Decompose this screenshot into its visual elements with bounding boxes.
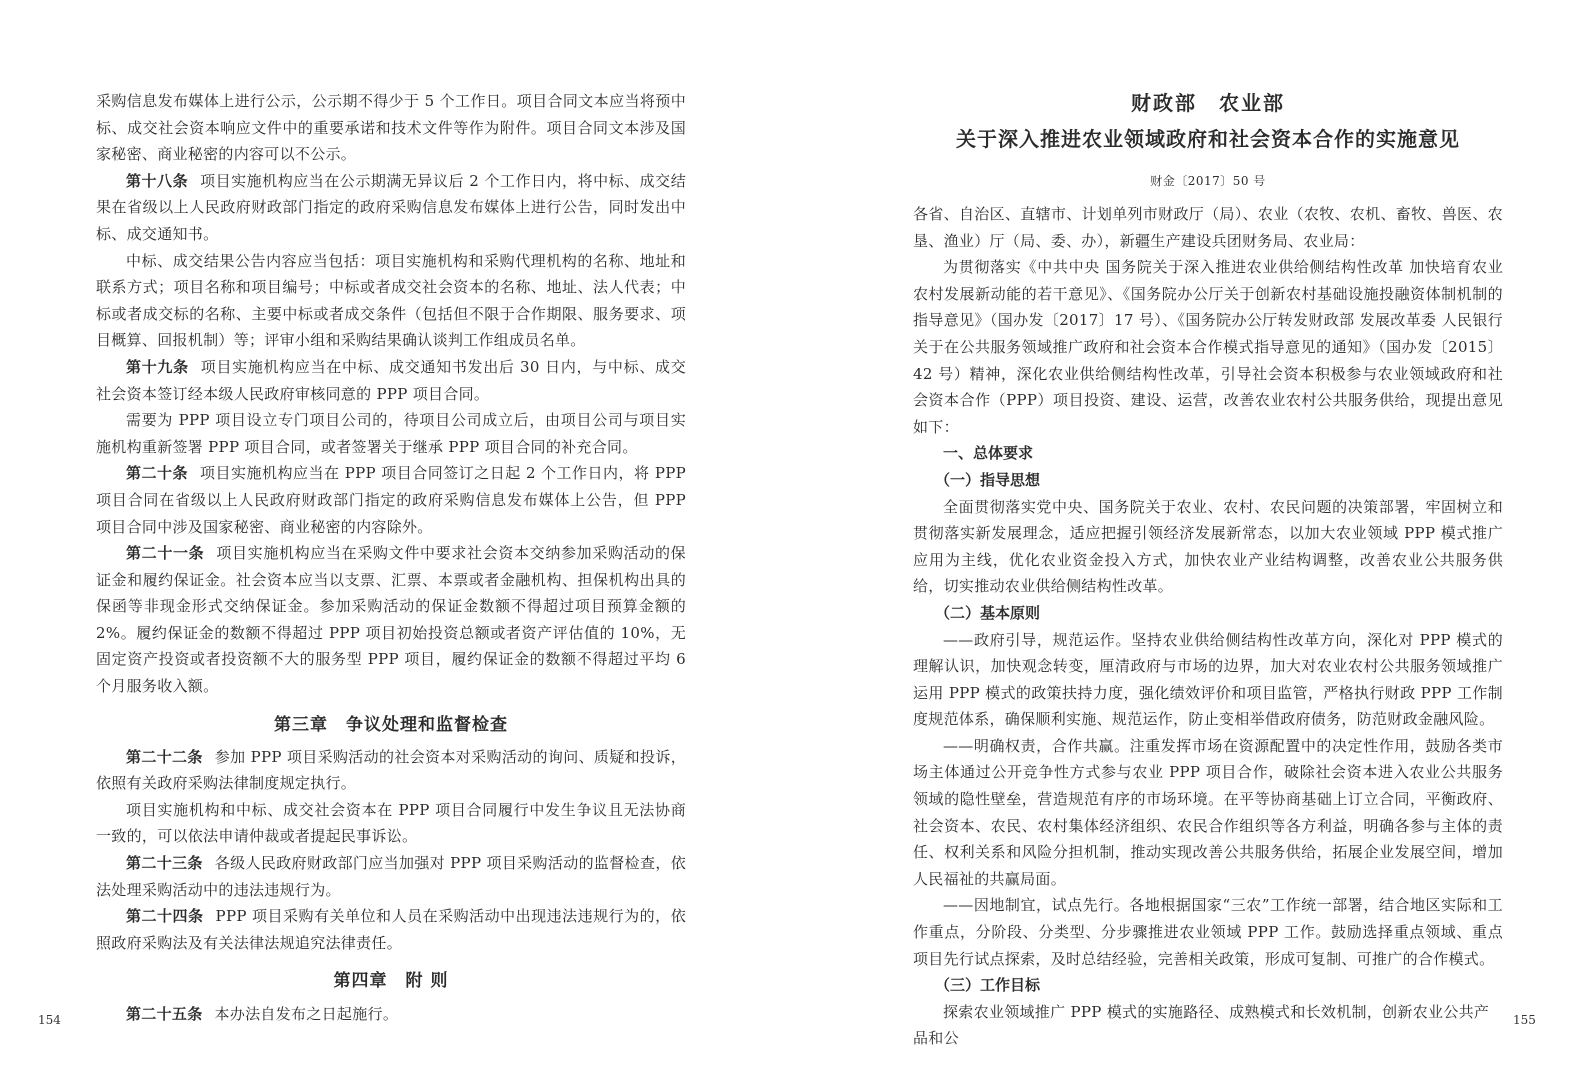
article-label: 第二十五条 — [126, 1005, 203, 1023]
article-label: 第二十二条 — [126, 748, 203, 766]
article-19: 第十九条项目实施机构应当在中标、成交通知书发出后 30 日内，与中标、成交社会资… — [96, 354, 686, 407]
right-page: 财政部 农业部 关于深入推进农业领域政府和社会资本合作的实施意见 财金〔2017… — [793, 0, 1587, 1077]
paragraph: ——因地制宜，试点先行。各地根据国家“三农”工作统一部署，结合地区实际和工作重点… — [913, 892, 1503, 972]
subsection-heading-text: （三）工作目标 — [935, 976, 1040, 994]
article-label: 第二十一条 — [126, 544, 204, 562]
paragraph: 全面贯彻落实党中央、国务院关于农业、农村、农民问题的决策部署，牢固树立和贯彻落实… — [913, 494, 1503, 600]
paragraph: ——政府引导，规范运作。坚持农业供给侧结构性改革方向，深化对 PPP 模式的理解… — [913, 627, 1503, 733]
subsection-heading: （二）基本原则 — [913, 600, 1503, 627]
article-label: 第十八条 — [126, 172, 188, 190]
subsection-heading-text: （二）基本原则 — [935, 604, 1040, 622]
article-24: 第二十四条PPP 项目采购有关单位和人员在采购活动中出现违法违规行为的，依照政府… — [96, 903, 686, 956]
subsection-heading: （三）工作目标 — [913, 972, 1503, 999]
article-23: 第二十三条各级人民政府财政部门应当加强对 PPP 项目采购活动的监督检查，依法处… — [96, 850, 686, 903]
left-page-body: 采购信息发布媒体上进行公示，公示期不得少于 5 个工作日。项目合同文本应当将预中… — [96, 88, 686, 1028]
page-number: 155 — [1513, 1013, 1536, 1027]
paragraph: 探索农业领域推广 PPP 模式的实施路径、成熟模式和长效机制，创新农业公共产品和… — [913, 999, 1503, 1052]
paragraph: 中标、成交结果公告内容应当包括：项目实施机构和采购代理机构的名称、地址和联系方式… — [96, 248, 686, 354]
document-number: 财金〔2017〕50 号 — [913, 172, 1503, 189]
subsection-heading-text: （一）指导思想 — [935, 471, 1040, 489]
article-25: 第二十五条本办法自发布之日起施行。 — [96, 1001, 686, 1028]
addressee: 各省、自治区、直辖市、计划单列市财政厅（局）、农业（农牧、农机、畜牧、兽医、农垦… — [913, 201, 1503, 254]
paragraph: 采购信息发布媒体上进行公示，公示期不得少于 5 个工作日。项目合同文本应当将预中… — [96, 88, 686, 168]
section-heading: 一、总体要求 — [913, 440, 1503, 467]
article-20: 第二十条项目实施机构应当在 PPP 项目合同签订之日起 2 个工作日内，将 PP… — [96, 460, 686, 540]
article-18: 第十八条项目实施机构应当在公示期满无异议后 2 个工作日内，将中标、成交结果在省… — [96, 168, 686, 248]
page-number: 154 — [38, 1013, 61, 1027]
paragraph: 为贯彻落实《中共中央 国务院关于深入推进农业供给侧结构性改革 加快培育农业农村发… — [913, 254, 1503, 440]
chapter-4-heading: 第四章 附 则 — [96, 956, 686, 1001]
article-label: 第二十条 — [126, 464, 188, 482]
paragraph: 需要为 PPP 项目设立专门项目公司的，待项目公司成立后，由项目公司与项目实施机… — [96, 407, 686, 460]
chapter-3-heading: 第三章 争议处理和监督检查 — [96, 700, 686, 744]
document-title: 关于深入推进农业领域政府和社会资本合作的实施意见 — [913, 124, 1503, 154]
article-21: 第二十一条项目实施机构应当在采购文件中要求社会资本交纳参加采购活动的保证金和履约… — [96, 540, 686, 700]
paragraph: 项目实施机构和中标、成交社会资本在 PPP 项目合同履行中发生争议且无法协商一致… — [96, 797, 686, 850]
document-issuer-title: 财政部 农业部 — [913, 88, 1503, 118]
article-label: 第十九条 — [126, 358, 189, 376]
article-label: 第二十三条 — [126, 854, 203, 872]
subsection-heading: （一）指导思想 — [913, 467, 1503, 494]
article-label: 第二十四条 — [126, 907, 204, 925]
paragraph: ——明确权责，合作共赢。注重发挥市场在资源配置中的决定性作用，鼓励各类市场主体通… — [913, 733, 1503, 893]
article-22: 第二十二条参加 PPP 项目采购活动的社会资本对采购活动的询问、质疑和投诉，依照… — [96, 744, 686, 797]
left-page: 采购信息发布媒体上进行公示，公示期不得少于 5 个工作日。项目合同文本应当将预中… — [0, 0, 793, 1077]
article-text: 项目实施机构应当在采购文件中要求社会资本交纳参加采购活动的保证金和履约保证金。社… — [96, 544, 686, 695]
article-text: 本办法自发布之日起施行。 — [215, 1005, 399, 1023]
right-page-body: 财政部 农业部 关于深入推进农业领域政府和社会资本合作的实施意见 财金〔2017… — [913, 88, 1503, 1052]
